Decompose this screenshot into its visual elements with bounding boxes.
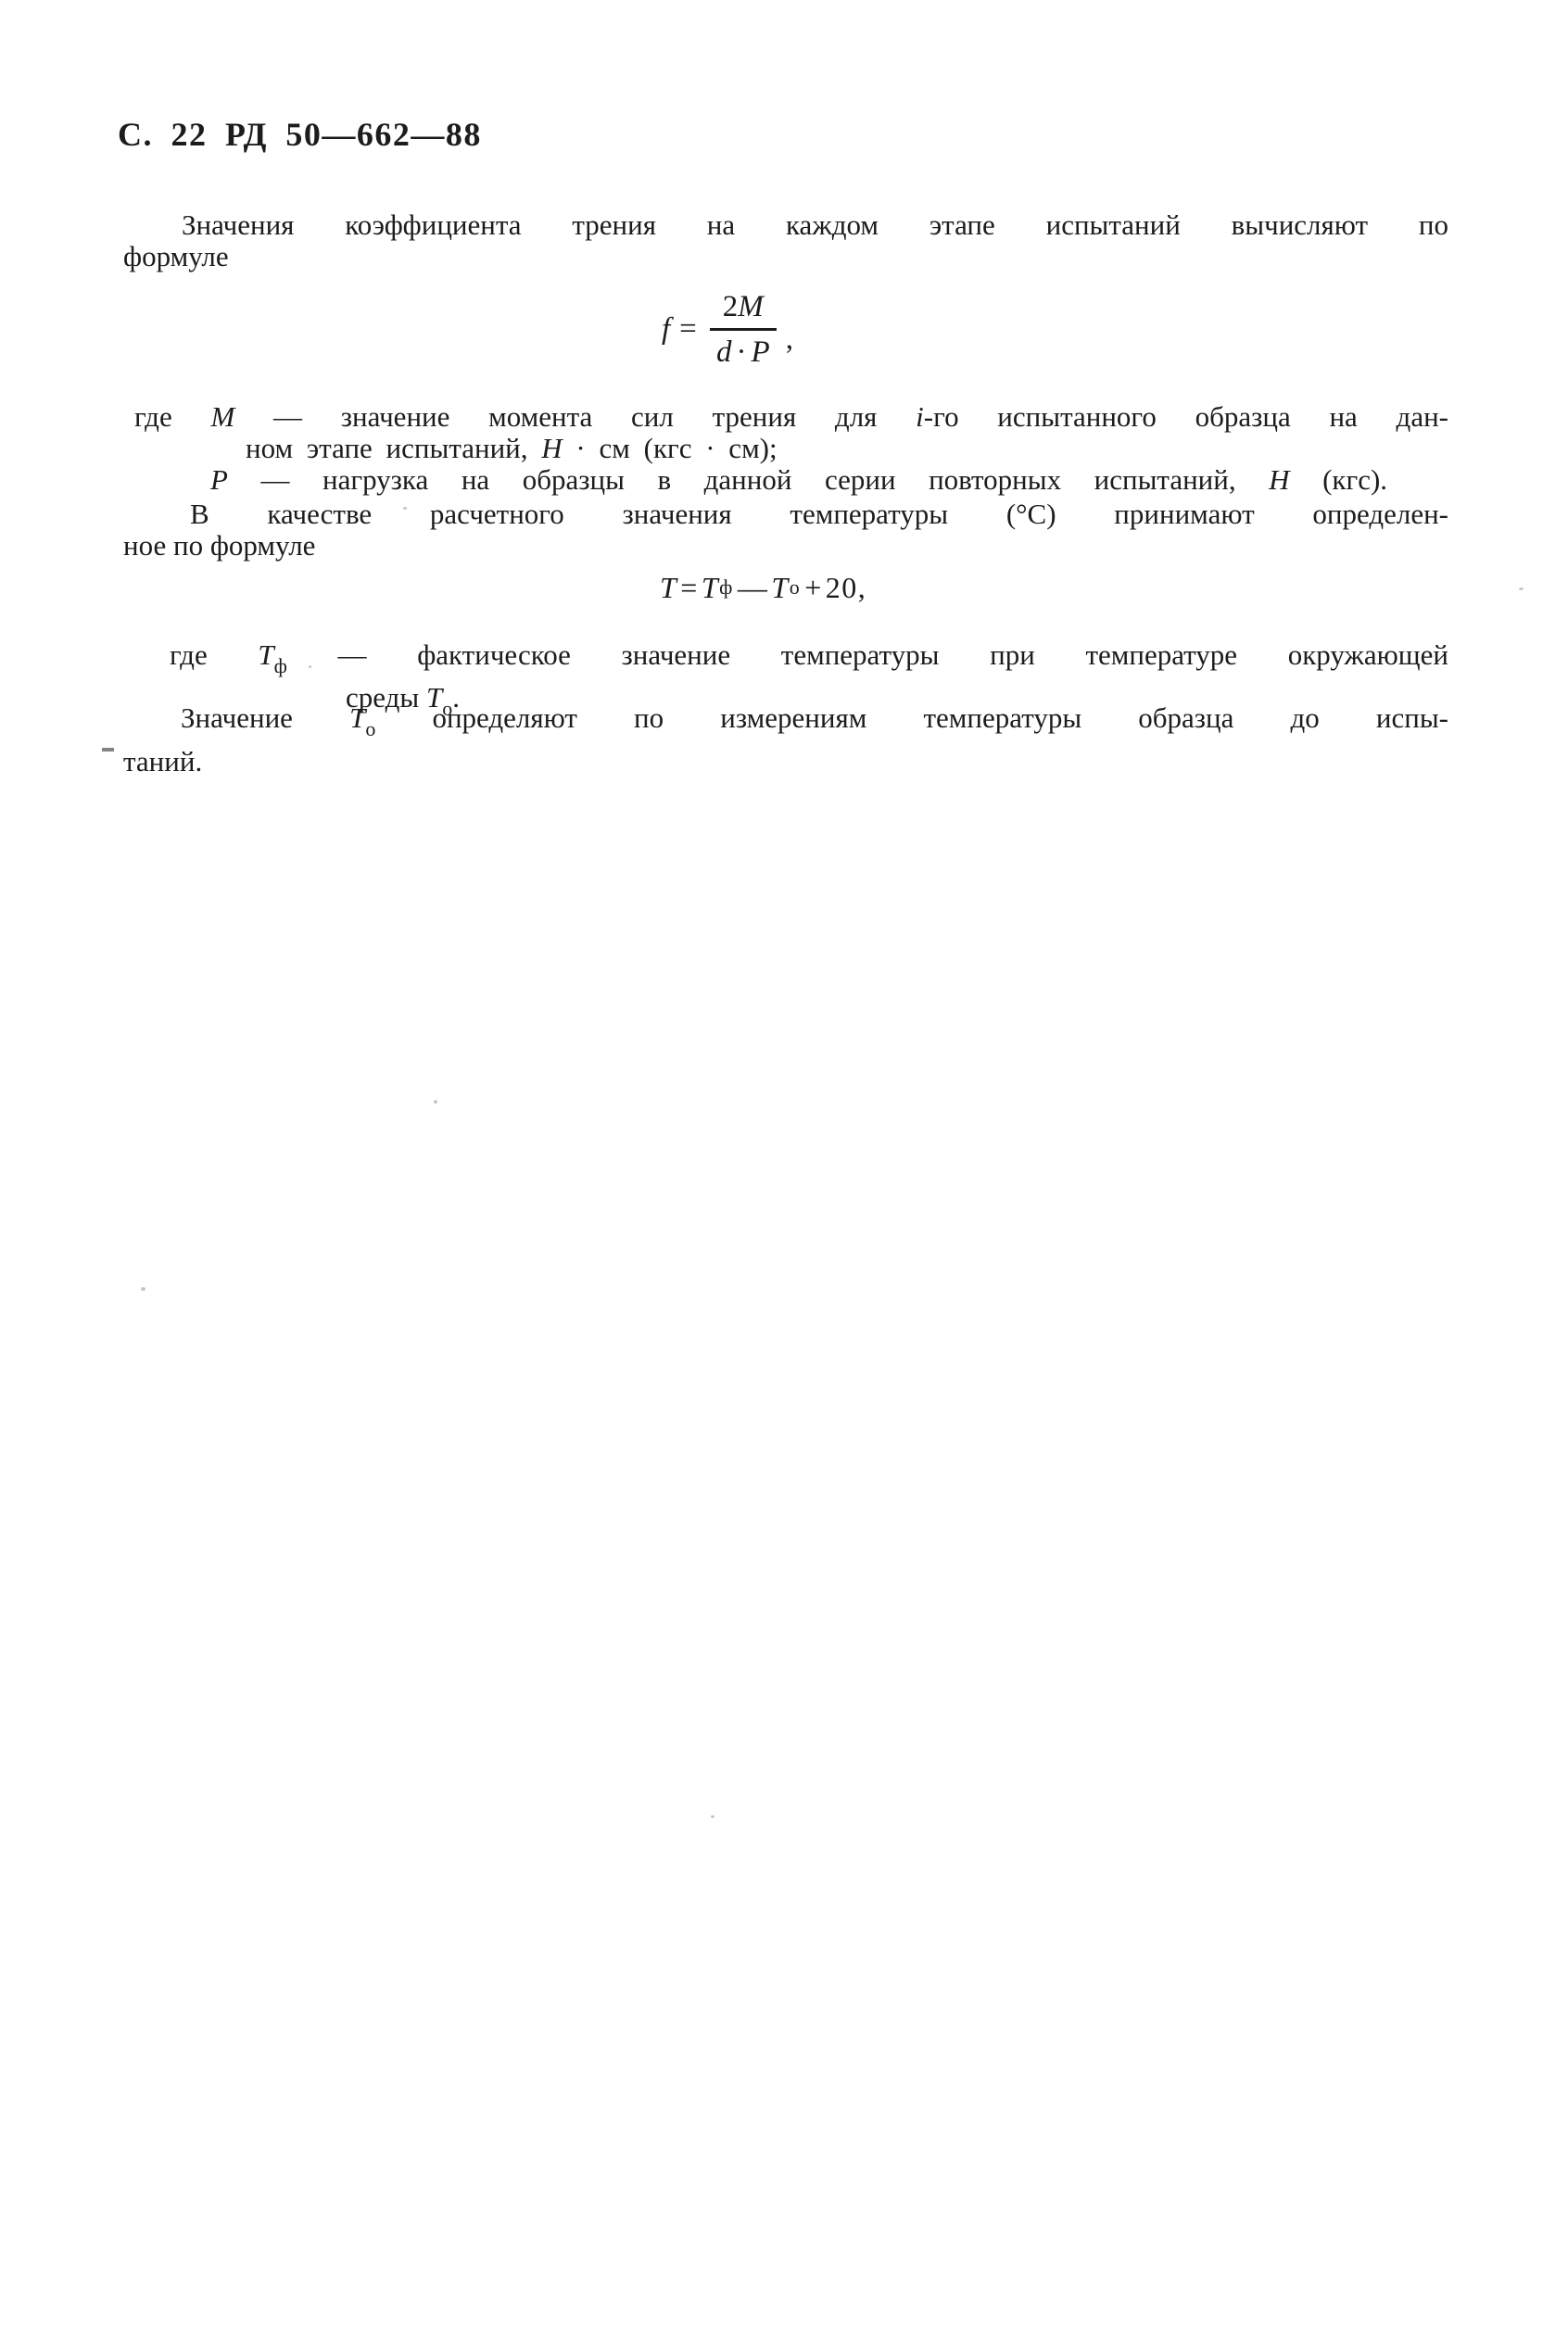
symbol-t-actual: Т [258,638,273,671]
closing-text-cont: определяют по измерениям температуры обр… [432,701,1448,734]
paragraph-intro-line2: формуле [123,241,1448,272]
scan-speck [309,665,311,668]
definition-m-text2: ном этапе испытаний, [246,432,528,464]
formula-temperature: Т=Тф—То+20, [660,569,866,606]
unit-newton: Н [1269,463,1289,496]
definition-tf-text: фактическое значение температуры при тем… [417,638,1448,671]
subscript-f: ф [719,569,734,606]
where-label: где [134,400,172,433]
definition-m-line2: ном этапе испытаний, Н · см (кгс · см); [246,433,1448,464]
paragraph-closing-line2: таний. [123,745,1448,777]
symbol-t-actual: Т [702,569,719,606]
definition-m-units: · см (кгс · см); [575,432,777,464]
paragraph-temperature-line2: ное по формуле [123,530,1448,562]
definition-m-text: значение момента сил трения для [341,400,878,433]
multiplication-dot: · [736,335,746,369]
unit-newton: Н [541,432,562,464]
definition-m-line1: где М — значение момента сил трения для … [134,401,1448,433]
scan-speck [1519,587,1524,590]
symbol-t: Т [660,569,677,606]
definition-tf-line1: где Тф — фактическое значение температур… [170,639,1448,682]
dash: — [273,400,302,433]
subscript-f: ф [274,654,287,677]
formula-f-symbol: f [662,312,670,347]
closing-text-start: Значение [181,701,293,734]
denominator-variable-d: d [716,335,732,369]
denominator-variable-p: P [751,335,769,369]
paragraph-closing-line1: Значение То определяют по измерениям тем… [123,701,1448,745]
dash: — [260,463,289,496]
paragraph-temperature-line1: В качестве расчетного значения температу… [123,499,1448,530]
document-page: С. 22 РД 50—662—88 Значения коэффициента… [0,0,1568,2337]
definition-p-line: Р — нагрузка на образцы в данной серии п… [210,464,1448,496]
paragraph-closing: Значение То определяют по измерениям тем… [123,701,1448,777]
where-label: где [170,638,208,671]
subscript-o: о [365,717,375,740]
paragraph-temperature: В качестве расчетного значения температу… [123,499,1448,562]
symbol-i: i [916,400,924,433]
formula-f-equals: = [679,312,697,347]
symbol-p: Р [210,463,228,496]
symbol-m: М [210,400,234,433]
minus-sign: — [738,569,769,606]
numerator-coefficient: 2 [723,290,739,323]
scan-speck [434,1100,437,1104]
scan-artifact [102,748,114,752]
fraction: 2M d·P [710,289,777,370]
subscript-o: о [790,569,802,606]
fraction-numerator: 2M [710,289,777,331]
formula-friction-coefficient: f = 2M d·P , [662,289,793,370]
paragraph-intro-line1: Значения коэффициента трения на каждом э… [123,209,1448,241]
symbol-t-initial: Т [771,569,789,606]
scan-speck [141,1287,145,1291]
page-header: С. 22 РД 50—662—88 [118,115,482,154]
definition-p-text: нагрузка на образцы в данной серии повто… [322,463,1236,496]
fraction-denominator: d·P [716,331,770,370]
scan-speck [403,507,407,510]
plus-sign: + [804,569,823,606]
dash: — [338,638,367,671]
constant-20: 20 [826,569,858,606]
scan-speck [711,1815,714,1818]
equals-sign: = [680,569,699,606]
definition-m-text-cont: -го испытанного образца на дан- [924,400,1448,433]
numerator-variable: M [738,290,764,323]
formula-t-comma: , [858,569,867,606]
paragraph-intro: Значения коэффициента трения на каждом э… [123,209,1448,272]
symbol-t-initial: Т [349,701,365,734]
definition-list-moment-load: где М — значение момента сил трения для … [134,401,1448,496]
definition-p-units: (кгс). [1322,463,1387,496]
formula-f-comma: , [786,322,793,357]
